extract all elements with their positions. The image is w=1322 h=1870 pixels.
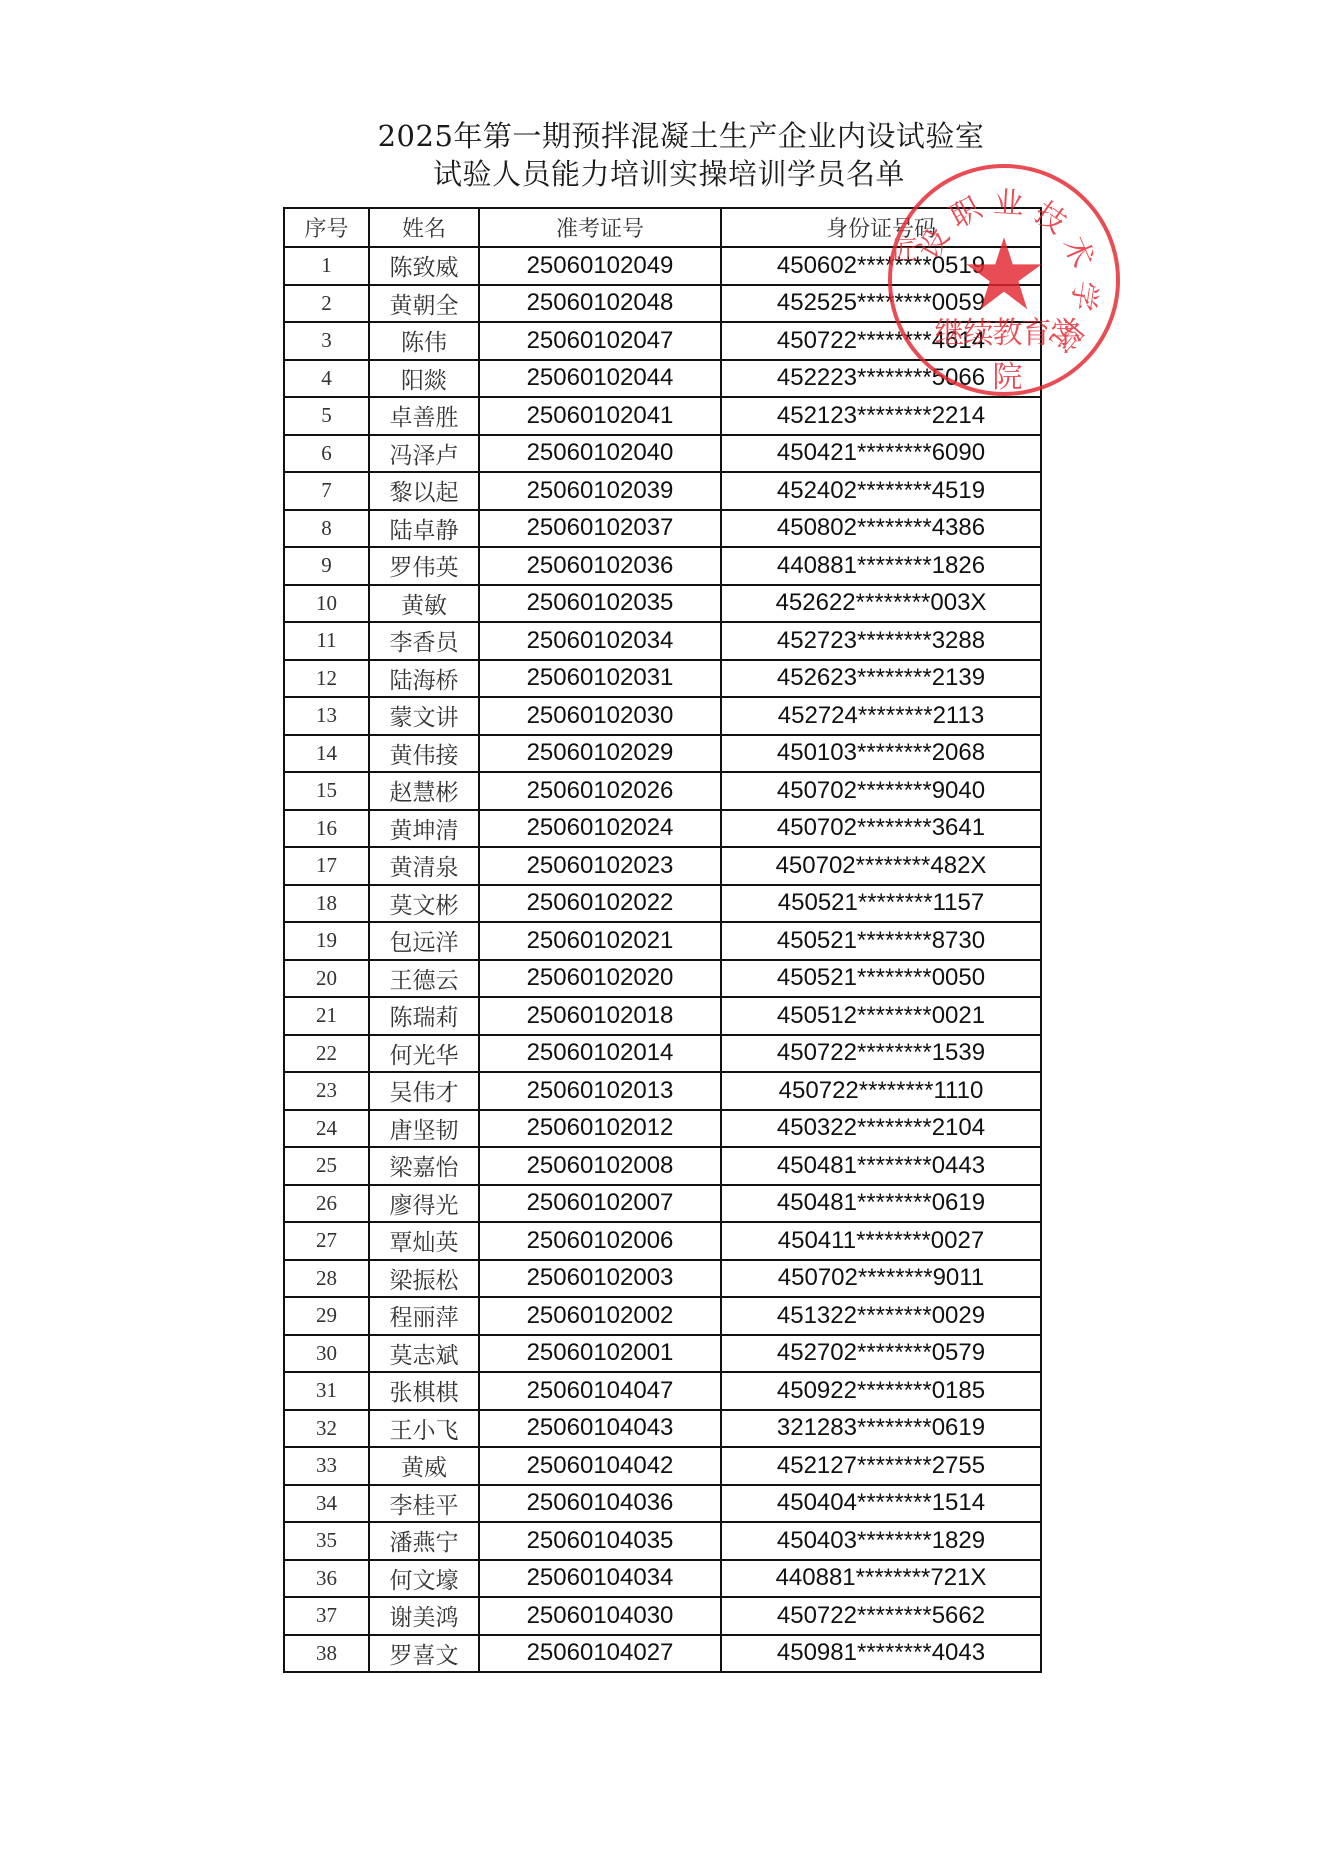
row-seq: 23 bbox=[284, 1072, 369, 1110]
table-row: 35潘燕宁25060104035450403********1829 bbox=[284, 1522, 1041, 1560]
table-row: 1陈致威25060102049450602********0519 bbox=[284, 247, 1041, 285]
row-name: 黄坤清 bbox=[369, 810, 479, 848]
table-row: 12陆海桥25060102031452623********2139 bbox=[284, 660, 1041, 698]
row-exam-number: 25060102020 bbox=[479, 960, 721, 998]
table-row: 19包远洋25060102021450521********8730 bbox=[284, 922, 1041, 960]
row-seq: 3 bbox=[284, 322, 369, 360]
row-id-number: 450521********1157 bbox=[721, 885, 1041, 923]
row-id-number: 440881********1826 bbox=[721, 547, 1041, 585]
row-exam-number: 25060102014 bbox=[479, 1035, 721, 1073]
row-seq: 36 bbox=[284, 1560, 369, 1598]
row-seq: 2 bbox=[284, 285, 369, 323]
row-id-number: 450981********4043 bbox=[721, 1635, 1041, 1673]
row-seq: 38 bbox=[284, 1635, 369, 1673]
row-exam-number: 25060102026 bbox=[479, 772, 721, 810]
row-exam-number: 25060102034 bbox=[479, 622, 721, 660]
row-seq: 7 bbox=[284, 472, 369, 510]
row-id-number: 450602********0519 bbox=[721, 247, 1041, 285]
row-id-number: 452623********2139 bbox=[721, 660, 1041, 698]
row-exam-number: 25060102044 bbox=[479, 360, 721, 398]
row-id-number: 450512********0021 bbox=[721, 997, 1041, 1035]
row-name: 黄威 bbox=[369, 1447, 479, 1485]
table-row: 7黎以起25060102039452402********4519 bbox=[284, 472, 1041, 510]
row-id-number: 450521********8730 bbox=[721, 922, 1041, 960]
row-id-number: 452402********4519 bbox=[721, 472, 1041, 510]
row-id-number: 452702********0579 bbox=[721, 1335, 1041, 1373]
table-row: 37谢美鸿25060104030450722********5662 bbox=[284, 1597, 1041, 1635]
table-row: 25梁嘉怡25060102008450481********0443 bbox=[284, 1147, 1041, 1185]
row-name: 陈瑞莉 bbox=[369, 997, 479, 1035]
row-seq: 18 bbox=[284, 885, 369, 923]
table-row: 26廖得光25060102007450481********0619 bbox=[284, 1185, 1041, 1223]
row-id-number: 450421********6090 bbox=[721, 435, 1041, 473]
row-seq: 5 bbox=[284, 397, 369, 435]
row-seq: 17 bbox=[284, 847, 369, 885]
row-id-number: 450922********0185 bbox=[721, 1372, 1041, 1410]
table-row: 17黄清泉25060102023450702********482X bbox=[284, 847, 1041, 885]
row-exam-number: 25060102007 bbox=[479, 1185, 721, 1223]
seal-ring-char: 术 bbox=[1054, 226, 1108, 275]
row-exam-number: 25060102035 bbox=[479, 585, 721, 623]
row-exam-number: 25060102001 bbox=[479, 1335, 721, 1373]
row-exam-number: 25060102006 bbox=[479, 1222, 721, 1260]
row-name: 包远洋 bbox=[369, 922, 479, 960]
row-id-number: 450702********482X bbox=[721, 847, 1041, 885]
row-id-number: 450322********2104 bbox=[721, 1110, 1041, 1148]
row-exam-number: 25060102008 bbox=[479, 1147, 721, 1185]
header-name: 姓名 bbox=[369, 208, 479, 247]
row-seq: 34 bbox=[284, 1485, 369, 1523]
row-name: 陆海桥 bbox=[369, 660, 479, 698]
row-name: 覃灿英 bbox=[369, 1222, 479, 1260]
row-id-number: 450702********9040 bbox=[721, 772, 1041, 810]
row-name: 黄清泉 bbox=[369, 847, 479, 885]
row-name: 罗喜文 bbox=[369, 1635, 479, 1673]
row-seq: 26 bbox=[284, 1185, 369, 1223]
row-name: 王小飞 bbox=[369, 1410, 479, 1448]
row-name: 梁嘉怡 bbox=[369, 1147, 479, 1185]
table-row: 13蒙文讲25060102030452724********2113 bbox=[284, 697, 1041, 735]
table-row: 38罗喜文25060104027450981********4043 bbox=[284, 1635, 1041, 1673]
row-id-number: 450103********2068 bbox=[721, 735, 1041, 773]
row-name: 谢美鸿 bbox=[369, 1597, 479, 1635]
row-id-number: 451322********0029 bbox=[721, 1297, 1041, 1335]
row-name: 黄敏 bbox=[369, 585, 479, 623]
row-seq: 35 bbox=[284, 1522, 369, 1560]
row-name: 唐坚韧 bbox=[369, 1110, 479, 1148]
table-row: 32王小飞25060104043321283********0619 bbox=[284, 1410, 1041, 1448]
table-row: 10黄敏25060102035452622********003X bbox=[284, 585, 1041, 623]
row-id-number: 452622********003X bbox=[721, 585, 1041, 623]
table-row: 20王德云25060102020450521********0050 bbox=[284, 960, 1041, 998]
row-seq: 16 bbox=[284, 810, 369, 848]
row-id-number: 450722********5662 bbox=[721, 1597, 1041, 1635]
document-title-line-1: 2025年第一期预拌混凝土生产企业内设试验室 bbox=[20, 114, 1322, 155]
table-row: 23吴伟才25060102013450722********1110 bbox=[284, 1072, 1041, 1110]
row-name: 廖得光 bbox=[369, 1185, 479, 1223]
row-exam-number: 25060102024 bbox=[479, 810, 721, 848]
row-exam-number: 25060102036 bbox=[479, 547, 721, 585]
row-seq: 24 bbox=[284, 1110, 369, 1148]
row-exam-number: 25060102003 bbox=[479, 1260, 721, 1298]
row-exam-number: 25060104035 bbox=[479, 1522, 721, 1560]
row-exam-number: 25060104047 bbox=[479, 1372, 721, 1410]
row-seq: 12 bbox=[284, 660, 369, 698]
row-name: 罗伟英 bbox=[369, 547, 479, 585]
row-name: 黄朝全 bbox=[369, 285, 479, 323]
row-name: 莫文彬 bbox=[369, 885, 479, 923]
row-id-number: 450802********4386 bbox=[721, 510, 1041, 548]
row-exam-number: 25060102041 bbox=[479, 397, 721, 435]
table-row: 24唐坚韧25060102012450322********2104 bbox=[284, 1110, 1041, 1148]
row-name: 程丽萍 bbox=[369, 1297, 479, 1335]
row-id-number: 452724********2113 bbox=[721, 697, 1041, 735]
header-seq: 序号 bbox=[284, 208, 369, 247]
row-seq: 13 bbox=[284, 697, 369, 735]
row-seq: 21 bbox=[284, 997, 369, 1035]
row-name: 黎以起 bbox=[369, 472, 479, 510]
row-seq: 9 bbox=[284, 547, 369, 585]
row-exam-number: 25060104036 bbox=[479, 1485, 721, 1523]
row-exam-number: 25060102012 bbox=[479, 1110, 721, 1148]
row-exam-number: 25060102048 bbox=[479, 285, 721, 323]
row-id-number: 440881********721X bbox=[721, 1560, 1041, 1598]
row-seq: 33 bbox=[284, 1447, 369, 1485]
row-id-number: 450481********0443 bbox=[721, 1147, 1041, 1185]
row-name: 李香员 bbox=[369, 622, 479, 660]
row-seq: 1 bbox=[284, 247, 369, 285]
row-name: 吴伟才 bbox=[369, 1072, 479, 1110]
trainee-roster-table: 序号 姓名 准考证号 身份证号码 1陈致威25060102049450602**… bbox=[283, 207, 1042, 1673]
row-id-number: 450722********1110 bbox=[721, 1072, 1041, 1110]
row-name: 卓善胜 bbox=[369, 397, 479, 435]
row-name: 阳燚 bbox=[369, 360, 479, 398]
row-id-number: 450702********3641 bbox=[721, 810, 1041, 848]
row-name: 陆卓静 bbox=[369, 510, 479, 548]
row-name: 黄伟接 bbox=[369, 735, 479, 773]
row-exam-number: 25060104027 bbox=[479, 1635, 721, 1673]
row-name: 李桂平 bbox=[369, 1485, 479, 1523]
row-seq: 11 bbox=[284, 622, 369, 660]
row-id-number: 452123********2214 bbox=[721, 397, 1041, 435]
row-id-number: 450481********0619 bbox=[721, 1185, 1041, 1223]
row-name: 冯泽卢 bbox=[369, 435, 479, 473]
row-exam-number: 25060102021 bbox=[479, 922, 721, 960]
table-row: 14黄伟接25060102029450103********2068 bbox=[284, 735, 1041, 773]
table-row: 4阳燚25060102044452223********5066 bbox=[284, 360, 1041, 398]
row-exam-number: 25060102002 bbox=[479, 1297, 721, 1335]
table-row: 29程丽萍25060102002451322********0029 bbox=[284, 1297, 1041, 1335]
table-row: 28梁振松25060102003450702********9011 bbox=[284, 1260, 1041, 1298]
table-row: 36何文壕25060104034440881********721X bbox=[284, 1560, 1041, 1598]
header-exam-number: 准考证号 bbox=[479, 208, 721, 247]
table-row: 22何光华25060102014450722********1539 bbox=[284, 1035, 1041, 1073]
row-id-number: 450521********0050 bbox=[721, 960, 1041, 998]
table-row: 33黄威25060104042452127********2755 bbox=[284, 1447, 1041, 1485]
row-seq: 27 bbox=[284, 1222, 369, 1260]
seal-ring-char: 院 bbox=[1041, 311, 1097, 365]
table-row: 5卓善胜25060102041452123********2214 bbox=[284, 397, 1041, 435]
row-exam-number: 25060102049 bbox=[479, 247, 721, 285]
row-exam-number: 25060104043 bbox=[479, 1410, 721, 1448]
row-exam-number: 25060102023 bbox=[479, 847, 721, 885]
header-id-number: 身份证号码 bbox=[721, 208, 1041, 247]
row-exam-number: 25060102022 bbox=[479, 885, 721, 923]
table-row: 16黄坤清25060102024450702********3641 bbox=[284, 810, 1041, 848]
row-seq: 37 bbox=[284, 1597, 369, 1635]
row-seq: 6 bbox=[284, 435, 369, 473]
row-id-number: 450403********1829 bbox=[721, 1522, 1041, 1560]
table-row: 21陈瑞莉25060102018450512********0021 bbox=[284, 997, 1041, 1035]
row-name: 莫志斌 bbox=[369, 1335, 479, 1373]
row-name: 赵慧彬 bbox=[369, 772, 479, 810]
table-row: 6冯泽卢25060102040450421********6090 bbox=[284, 435, 1041, 473]
row-exam-number: 25060102030 bbox=[479, 697, 721, 735]
row-name: 张棋棋 bbox=[369, 1372, 479, 1410]
row-exam-number: 25060102039 bbox=[479, 472, 721, 510]
row-exam-number: 25060102037 bbox=[479, 510, 721, 548]
table-row: 31张棋棋25060104047450922********0185 bbox=[284, 1372, 1041, 1410]
row-seq: 28 bbox=[284, 1260, 369, 1298]
table-row: 11李香员25060102034452723********3288 bbox=[284, 622, 1041, 660]
row-name: 陈致威 bbox=[369, 247, 479, 285]
table-header-row: 序号 姓名 准考证号 身份证号码 bbox=[284, 208, 1041, 247]
document-title-line-2: 试验人员能力培训实操培训学员名单 bbox=[8, 152, 1322, 193]
row-id-number: 450722********4614 bbox=[721, 322, 1041, 360]
row-name: 王德云 bbox=[369, 960, 479, 998]
row-exam-number: 25060102029 bbox=[479, 735, 721, 773]
table-row: 34李桂平25060104036450404********1514 bbox=[284, 1485, 1041, 1523]
row-name: 何文壕 bbox=[369, 1560, 479, 1598]
row-name: 潘燕宁 bbox=[369, 1522, 479, 1560]
row-seq: 31 bbox=[284, 1372, 369, 1410]
row-seq: 20 bbox=[284, 960, 369, 998]
row-seq: 19 bbox=[284, 922, 369, 960]
row-seq: 30 bbox=[284, 1335, 369, 1373]
row-exam-number: 25060102040 bbox=[479, 435, 721, 473]
row-id-number: 452127********2755 bbox=[721, 1447, 1041, 1485]
row-seq: 4 bbox=[284, 360, 369, 398]
table-row: 2黄朝全25060102048452525********0059 bbox=[284, 285, 1041, 323]
row-seq: 10 bbox=[284, 585, 369, 623]
table-row: 8陆卓静25060102037450802********4386 bbox=[284, 510, 1041, 548]
row-id-number: 452223********5066 bbox=[721, 360, 1041, 398]
row-seq: 29 bbox=[284, 1297, 369, 1335]
row-id-number: 450722********1539 bbox=[721, 1035, 1041, 1073]
table-body: 1陈致威25060102049450602********05192黄朝全250… bbox=[284, 247, 1041, 1672]
row-id-number: 450702********9011 bbox=[721, 1260, 1041, 1298]
table-row: 15赵慧彬25060102026450702********9040 bbox=[284, 772, 1041, 810]
table-row: 27覃灿英25060102006450411********0027 bbox=[284, 1222, 1041, 1260]
row-seq: 8 bbox=[284, 510, 369, 548]
row-seq: 15 bbox=[284, 772, 369, 810]
table-row: 18莫文彬25060102022450521********1157 bbox=[284, 885, 1041, 923]
table-row: 3陈伟25060102047450722********4614 bbox=[284, 322, 1041, 360]
row-exam-number: 25060104034 bbox=[479, 1560, 721, 1598]
row-seq: 22 bbox=[284, 1035, 369, 1073]
row-id-number: 452723********3288 bbox=[721, 622, 1041, 660]
row-seq: 14 bbox=[284, 735, 369, 773]
row-name: 梁振松 bbox=[369, 1260, 479, 1298]
row-seq: 25 bbox=[284, 1147, 369, 1185]
row-exam-number: 25060102031 bbox=[479, 660, 721, 698]
table-row: 9罗伟英25060102036440881********1826 bbox=[284, 547, 1041, 585]
row-name: 何光华 bbox=[369, 1035, 479, 1073]
row-id-number: 450411********0027 bbox=[721, 1222, 1041, 1260]
row-name: 陈伟 bbox=[369, 322, 479, 360]
row-exam-number: 25060102013 bbox=[479, 1072, 721, 1110]
row-id-number: 450404********1514 bbox=[721, 1485, 1041, 1523]
seal-ring-char: 学 bbox=[1063, 276, 1111, 316]
row-seq: 32 bbox=[284, 1410, 369, 1448]
row-name: 蒙文讲 bbox=[369, 697, 479, 735]
row-id-number: 452525********0059 bbox=[721, 285, 1041, 323]
row-exam-number: 25060104030 bbox=[479, 1597, 721, 1635]
row-id-number: 321283********0619 bbox=[721, 1410, 1041, 1448]
row-exam-number: 25060102018 bbox=[479, 997, 721, 1035]
row-exam-number: 25060104042 bbox=[479, 1447, 721, 1485]
table-row: 30莫志斌25060102001452702********0579 bbox=[284, 1335, 1041, 1373]
row-exam-number: 25060102047 bbox=[479, 322, 721, 360]
